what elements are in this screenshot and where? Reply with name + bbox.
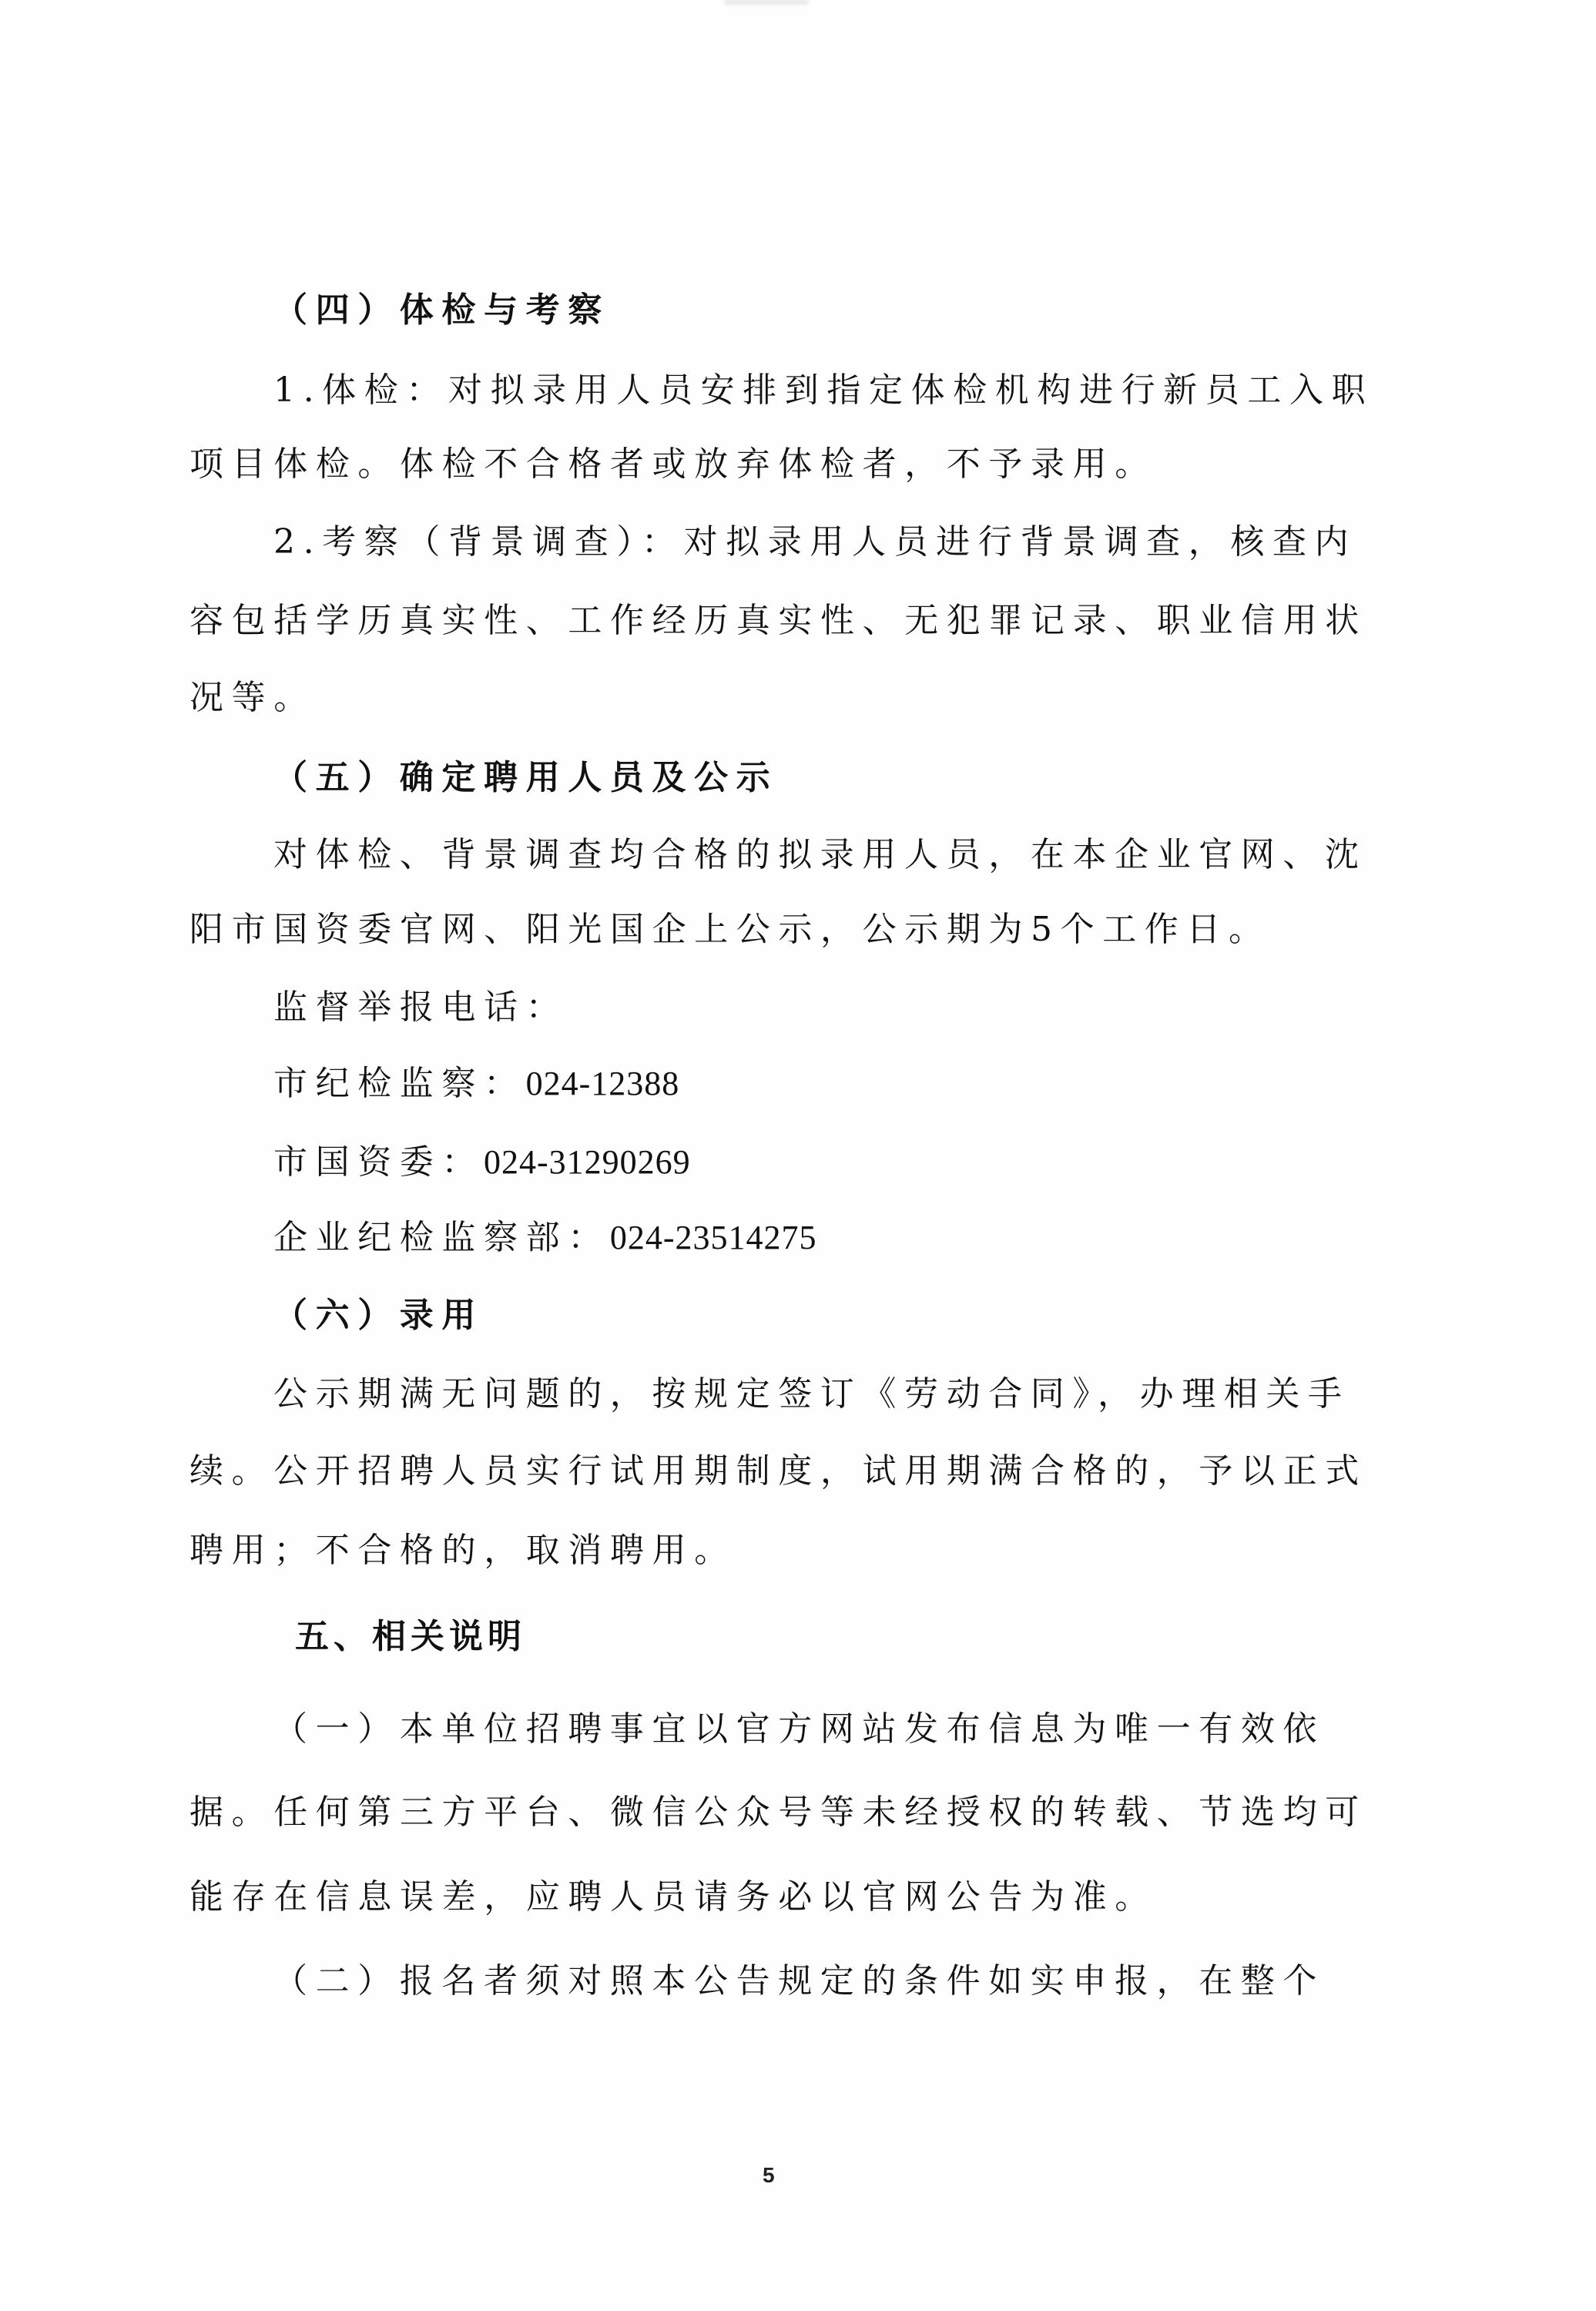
contact-phone: 024-31290269 — [484, 1143, 691, 1181]
page-number: 5 — [763, 2163, 775, 2188]
contact-phone: 024-12388 — [526, 1065, 680, 1102]
contact-label: 市国资委： — [273, 1142, 484, 1182]
paragraph-background-check-cont: 容包括学历真实性、工作经历真实性、无犯罪记录、职业信用状 — [189, 598, 1367, 644]
contact-label: 企业纪检监察部： — [273, 1218, 610, 1257]
label-report-phones: 监督举报电话： — [273, 984, 568, 1031]
heading-employment: （六）录用 — [273, 1293, 484, 1339]
heading-related-notes: 五、相关说明 — [295, 1614, 526, 1660]
contact-city-discipline: 市纪检监察：024-12388 — [273, 1061, 679, 1107]
paragraph-physical-exam: 1.体检：对拟录用人员安排到指定体检机构进行新员工入职 — [273, 367, 1373, 414]
contact-city-sasac: 市国资委：024-31290269 — [273, 1139, 691, 1186]
paragraph-employment: 公示期满无问题的，按规定签订《劳动合同》，办理相关手 — [273, 1371, 1350, 1417]
heading-confirm-and-publicize: （五）确定聘用人员及公示 — [273, 755, 778, 801]
paragraph-background-check-end: 况等。 — [189, 675, 316, 721]
paragraph-physical-exam-cont: 项目体检。体检不合格者或放弃体检者，不予录用。 — [189, 441, 1157, 488]
contact-enterprise-discipline: 企业纪检监察部：024-23514275 — [273, 1215, 816, 1261]
document-page: （四）体检与考察 1.体检：对拟录用人员安排到指定体检机构进行新员工入职 项目体… — [0, 0, 1596, 2311]
scan-artifact — [724, 0, 809, 5]
contact-phone: 024-23514275 — [610, 1219, 817, 1256]
paragraph-employment-end: 聘用；不合格的，取消聘用。 — [189, 1528, 736, 1574]
paragraph-background-check: 2.考察（背景调查）：对拟录用人员进行背景调查，核查内 — [273, 519, 1356, 565]
paragraph-note-2: （二）报名者须对照本公告规定的条件如实申报，在整个 — [273, 1958, 1325, 2004]
paragraph-employment-cont: 续。公开招聘人员实行试用期制度，试用期满合格的，予以正式 — [189, 1448, 1367, 1494]
paragraph-publicity-cont: 阳市国资委官网、阳光国企上公示，公示期为5个工作日。 — [189, 907, 1271, 953]
paragraph-note-1-end: 能存在信息误差，应聘人员请务必以官网公告为准。 — [189, 1874, 1157, 1920]
paragraph-publicity: 对体检、背景调查均合格的拟录用人员，在本企业官网、沈 — [273, 832, 1367, 878]
paragraph-note-1-cont: 据。任何第三方平台、微信公众号等未经授权的转载、节选均可 — [189, 1789, 1367, 1836]
heading-physical-exam-and-inspection: （四）体检与考察 — [273, 287, 610, 334]
contact-label: 市纪检监察： — [273, 1064, 526, 1103]
paragraph-note-1: （一）本单位招聘事宜以官方网站发布信息为唯一有效依 — [273, 1706, 1325, 1753]
